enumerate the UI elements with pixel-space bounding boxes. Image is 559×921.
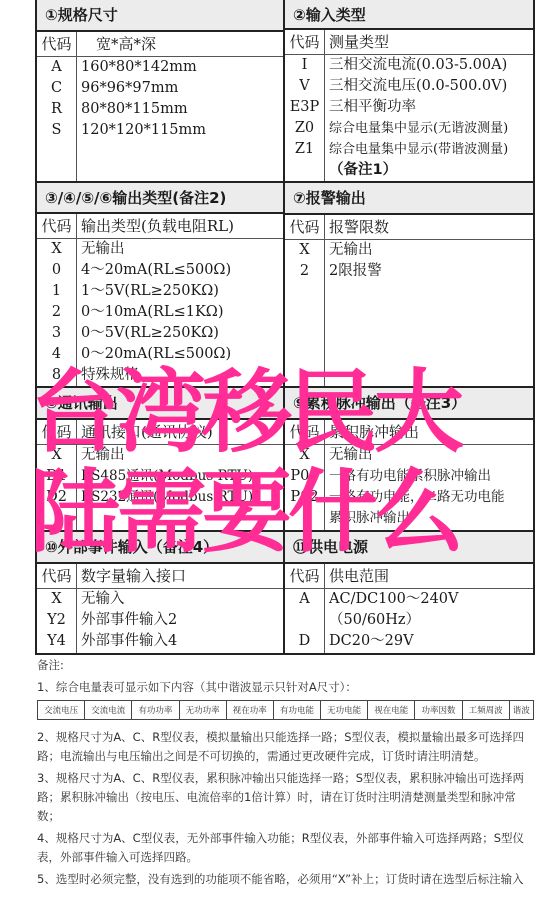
notes-section: 备注: 1、综合电量表可显示如下内容（其中谐波显示只针对A尺寸）： 交流电压 交… [37,656,537,892]
section-alarm-output: ⑦报警输出 代码 报警限数 X无输出 22限报警 [285,183,533,386]
display-item: 交流电压 [38,701,85,720]
list-item: Y4外部事件输入4 [37,631,283,652]
list-item: I三相交流电流(0.03-5.00A) [285,55,533,76]
display-item: 功率因数 [415,701,462,720]
section-title: ⑨累积脉冲输出（备注3） [285,388,533,420]
column-header: 代码 宽*高*深 [37,32,283,57]
column-header: 代码 供电范围 [285,564,533,589]
list-item: D2RS232通讯(Modbus RTU) [37,487,283,508]
spec-row-2: ③/④/⑤/⑥输出类型(备注2) 代码 输出类型(负载电阻RL) X无输出 04… [37,183,533,388]
list-item: X无输出 [37,239,283,260]
list-item: 04～20mA(RL≤500Ω) [37,260,283,281]
section-title: ⑧通讯输出 [37,388,283,420]
list-item: X无输入 [37,589,283,610]
list-item: X无输出 [285,445,533,466]
note-5: 5、选型时必须完整，没有选到的功能项不能省略，必须用“X”补上；订货时请在选型后… [37,870,537,889]
list-item: 30～5V(RL≥250KΩ) [37,323,283,344]
column-header: 代码 测量类型 [285,30,533,55]
note-2: 2、规格尺寸为A、C、R型仪表，模拟量输出只能选择一路；S型仪表，模拟量输出最多… [37,728,537,766]
section-pulse-output: ⑨累积脉冲输出（备注3） 代码 累积脉冲输出 X无输出 P01一路有功电能累积脉… [285,388,533,530]
section-output-type: ③/④/⑤/⑥输出类型(备注2) 代码 输出类型(负载电阻RL) X无输出 04… [37,183,285,386]
spec-table: ①规格尺寸 代码 宽*高*深 A160*80*142mm C96*96*97mm… [35,0,535,655]
list-item: R80*80*115mm [37,99,283,120]
column-header: 代码 通讯接口(通讯协议) [37,420,283,445]
display-item: 有功功率 [132,701,179,720]
list-item: DDC20～29V [285,631,533,652]
list-item: S120*120*115mm [37,120,283,141]
list-item: 22限报警 [285,261,533,282]
spec-row-3: ⑧通讯输出 代码 通讯接口(通讯协议) X无输出 D1RS485通讯(Modbu… [37,388,533,532]
section-title: ⑦报警输出 [285,183,533,215]
list-item: P01一路有功电能累积脉冲输出 [285,466,533,487]
column-header: 代码 累积脉冲输出 [285,420,533,445]
list-item: Z1综合电量集中显示(带谐波测量) [285,139,533,160]
display-item: 工频周波 [462,701,509,720]
display-item: 视在功率 [226,701,273,720]
display-item: 无功电能 [321,701,368,720]
notes-title: 备注: [37,656,537,675]
section-title: ⑪供电电源 [285,532,533,564]
spec-row-4: ⑩外部事件输入（备注4） 代码 数字量输入接口 X无输入 Y2外部事件输入2 Y… [37,532,533,653]
list-item: X无输出 [285,240,533,261]
note-3: 3、规格尺寸为A、C、R型仪表，累积脉冲输出只能选择一路；S型仪表，累积脉冲输出… [37,769,537,826]
list-item: Y2外部事件输入2 [37,610,283,631]
display-item: 视在电能 [368,701,415,720]
list-item: E3P三相平衡功率 [285,97,533,118]
list-item: A160*80*142mm [37,57,283,78]
list-item: P02一路有功电能，二路无功电能 [285,487,533,508]
column-header: 代码 数字量输入接口 [37,564,283,589]
section-title: ⑩外部事件输入（备注4） [37,532,283,564]
display-items-table: 交流电压 交流电流 有功功率 无功功率 视在功率 有功电能 无功电能 视在电能 … [37,700,534,720]
note-1: 1、综合电量表可显示如下内容（其中谐波显示只针对A尺寸）： [37,678,537,697]
section-title: ①规格尺寸 [37,0,283,32]
section-power-supply: ⑪供电电源 代码 供电范围 AAC/DC100～240V （50/60Hz） D… [285,532,533,653]
display-item: 交流电流 [85,701,132,720]
display-item: 有功电能 [273,701,320,720]
column-header: 代码 输出类型(负载电阻RL) [37,214,283,239]
note-4: 4、规格尺寸为A、C型仪表，无外部事件输入功能；R型仪表，外部事件输入可选择两路… [37,829,537,867]
list-item: 累积脉冲输出 [285,508,533,529]
column-header: 代码 报警限数 [285,215,533,240]
list-item: 40～20mA(RL≤500Ω) [37,344,283,365]
list-item: （50/60Hz） [285,610,533,631]
list-item: 8特殊规格 [37,365,283,386]
display-item: 谐波 [509,701,533,720]
section-input-type: ②输入类型 代码 测量类型 I三相交流电流(0.03-5.00A) V三相交流电… [285,0,533,181]
list-item: （备注1） [285,160,533,181]
section-external-event: ⑩外部事件输入（备注4） 代码 数字量输入接口 X无输入 Y2外部事件输入2 Y… [37,532,285,653]
list-item: D1RS485通讯(Modbus RTU) [37,466,283,487]
spec-row-1: ①规格尺寸 代码 宽*高*深 A160*80*142mm C96*96*97mm… [37,0,533,183]
section-title: ③/④/⑤/⑥输出类型(备注2) [37,183,283,214]
list-item: 20～10mA(RL≤1KΩ) [37,302,283,323]
section-size: ①规格尺寸 代码 宽*高*深 A160*80*142mm C96*96*97mm… [37,0,285,181]
list-item: Z0综合电量集中显示(无谐波测量) [285,118,533,139]
section-communication: ⑧通讯输出 代码 通讯接口(通讯协议) X无输出 D1RS485通讯(Modbu… [37,388,285,530]
display-item: 无功功率 [179,701,226,720]
list-item: X无输出 [37,445,283,466]
list-item: 11～5V(RL≥250KΩ) [37,281,283,302]
section-title: ②输入类型 [285,0,533,30]
list-item: C96*96*97mm [37,78,283,99]
list-item: AAC/DC100～240V [285,589,533,610]
list-item: V三相交流电压(0.0-500.0V) [285,76,533,97]
